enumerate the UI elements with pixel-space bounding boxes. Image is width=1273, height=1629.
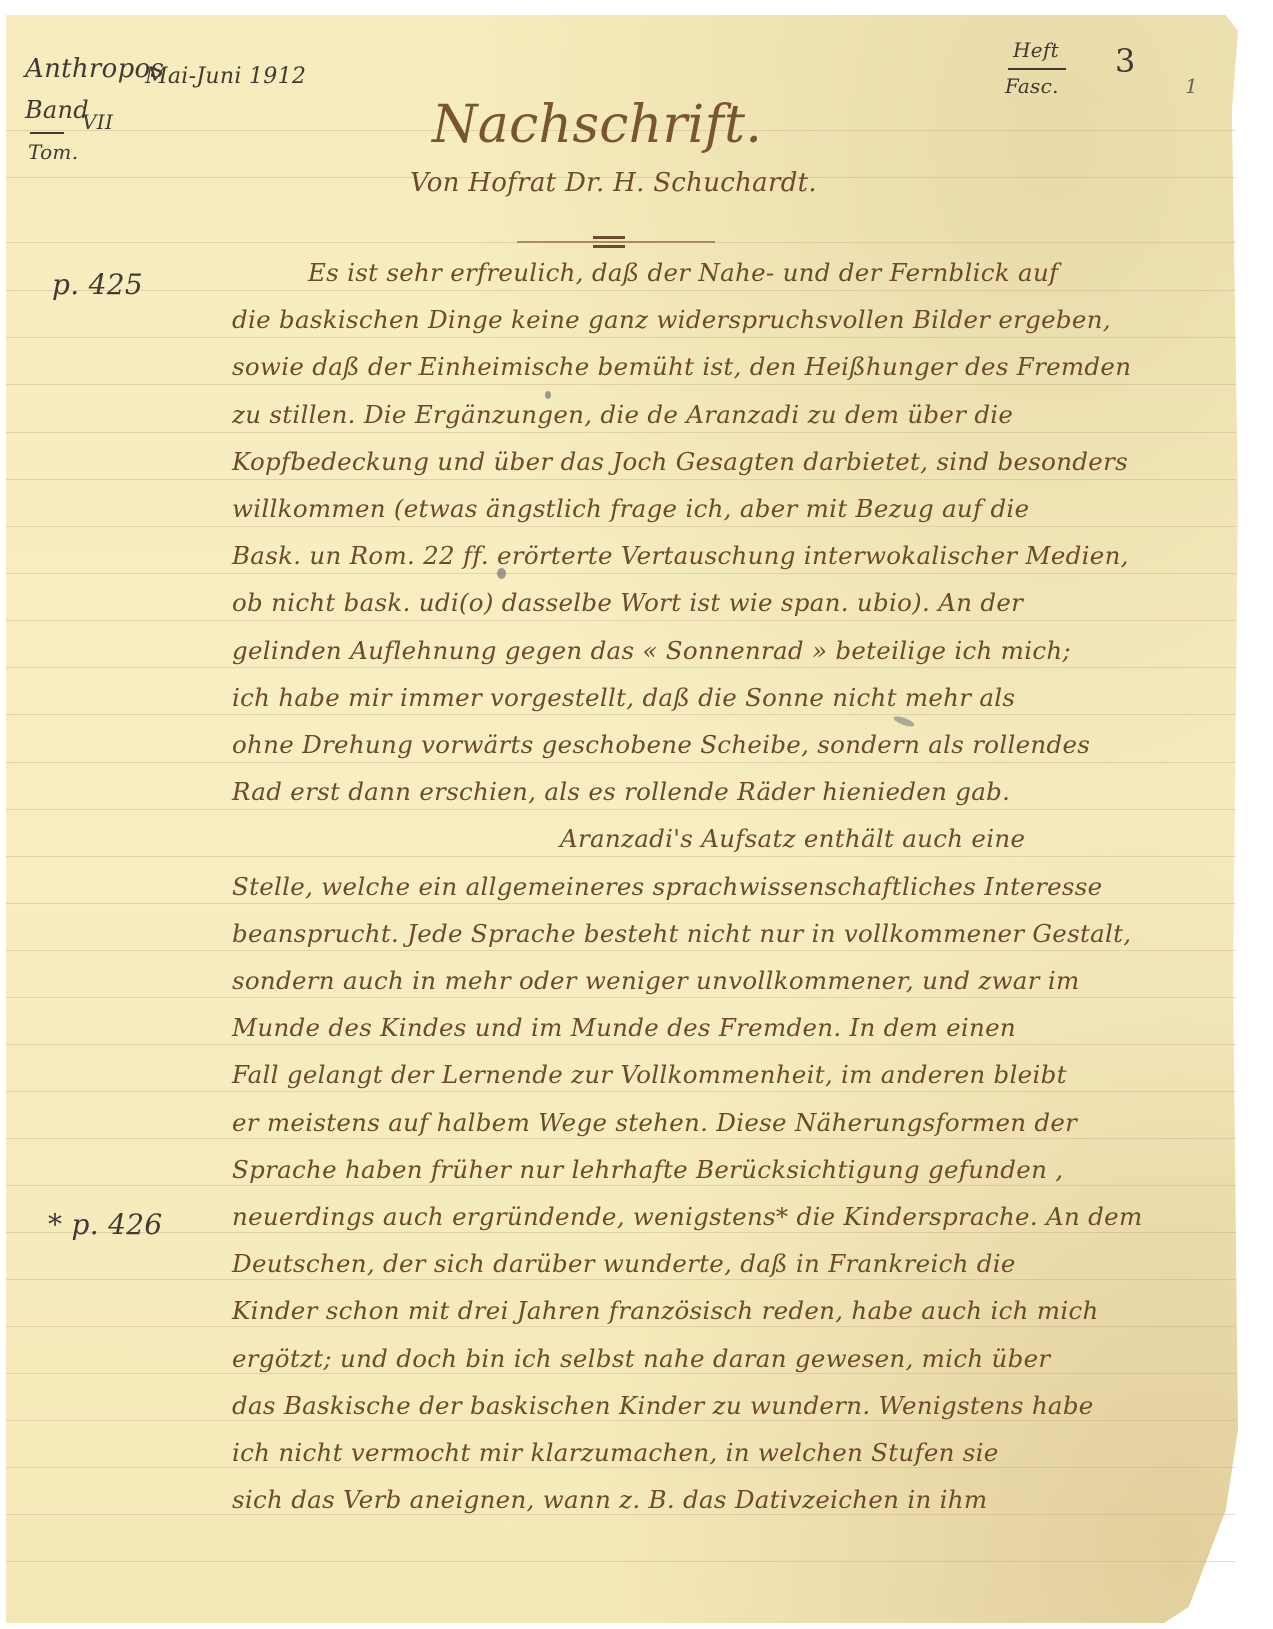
body-line: Sprache haben früher nur lehrhafte Berüc…	[232, 1155, 1063, 1184]
body-line: Deutschen, der sich darüber wunderte, da…	[232, 1249, 1016, 1278]
body-line: Fall gelangt der Lernende zur Vollkommen…	[232, 1060, 1067, 1089]
fasc-label: Fasc.	[1005, 74, 1059, 98]
body-line: ich nicht vermocht mir klarzumachen, in …	[232, 1438, 999, 1467]
body-line: ich habe mir immer vorgestellt, daß die …	[232, 683, 1015, 712]
ink-blot	[497, 568, 506, 579]
body-line: Stelle, welche ein allgemeineres sprachw…	[232, 872, 1102, 901]
body-line: das Baskische der baskischen Kinder zu w…	[232, 1391, 1094, 1420]
body-line: willkommen (etwas ängstlich frage ich, a…	[232, 494, 1029, 523]
body-line: Aranzadi's Aufsatz enthält auch eine	[560, 824, 1025, 853]
band-value: VII	[82, 110, 113, 134]
body-line: neuerdings auch ergründende, wenigstens*…	[232, 1202, 1142, 1231]
body-line: ob nicht bask. udi(o) dasselbe Wort ist …	[232, 588, 1023, 617]
body-line: sich das Verb aneignen, wann z. B. das D…	[232, 1485, 987, 1514]
title-divider	[517, 241, 715, 243]
body-line: sowie daß der Einheimische bemüht ist, d…	[232, 352, 1131, 381]
body-line: ohne Drehung vorwärts geschobene Scheibe…	[232, 730, 1090, 759]
heft-label: Heft	[1013, 38, 1059, 62]
journal-annotation: Anthropos	[25, 54, 164, 84]
body-line: beansprucht. Jede Sprache besteht nicht …	[232, 919, 1131, 948]
body-line: Rad erst dann erschien, als es rollende …	[232, 777, 1010, 806]
tom-label: Tom.	[28, 140, 78, 164]
page-title: Nachschrift.	[432, 95, 762, 155]
body-line: ergötzt; und doch bin ich selbst nahe da…	[232, 1344, 1050, 1373]
heft-fraction-line	[1008, 68, 1066, 70]
body-line: Kinder schon mit drei Jahren französisch…	[232, 1296, 1099, 1325]
body-line: er meistens auf halbem Wege stehen. Dies…	[232, 1108, 1077, 1137]
body-line: die baskischen Dinge keine ganz widerspr…	[232, 305, 1111, 334]
heft-number: 3	[1115, 42, 1136, 80]
margin-note-page-425: p. 425	[52, 268, 143, 301]
band-fraction-line	[30, 132, 64, 134]
body-line: zu stillen. Die Ergänzungen, die de Aran…	[232, 400, 1013, 429]
body-line: Kopfbedeckung und über das Joch Gesagten…	[232, 447, 1128, 476]
band-label: Band	[25, 96, 89, 124]
manuscript-page	[6, 15, 1238, 1623]
byline: Von Hofrat Dr. H. Schuchardt.	[410, 168, 817, 198]
ink-blot	[545, 391, 551, 399]
body-line: gelinden Auflehnung gegen das « Sonnenra…	[232, 636, 1071, 665]
date-annotation: Mai-Juni 1912	[145, 64, 306, 89]
body-line: sondern auch in mehr oder weniger unvoll…	[232, 966, 1079, 995]
body-line: Es ist sehr erfreulich, daß der Nahe- un…	[308, 258, 1058, 287]
body-line: Bask. un Rom. 22 ff. erörterte Vertausch…	[232, 541, 1129, 570]
body-line: Munde des Kindes und im Munde des Fremde…	[232, 1013, 1016, 1042]
margin-note-page-426: * p. 426	[48, 1208, 162, 1241]
page-mark: 1	[1185, 74, 1198, 98]
